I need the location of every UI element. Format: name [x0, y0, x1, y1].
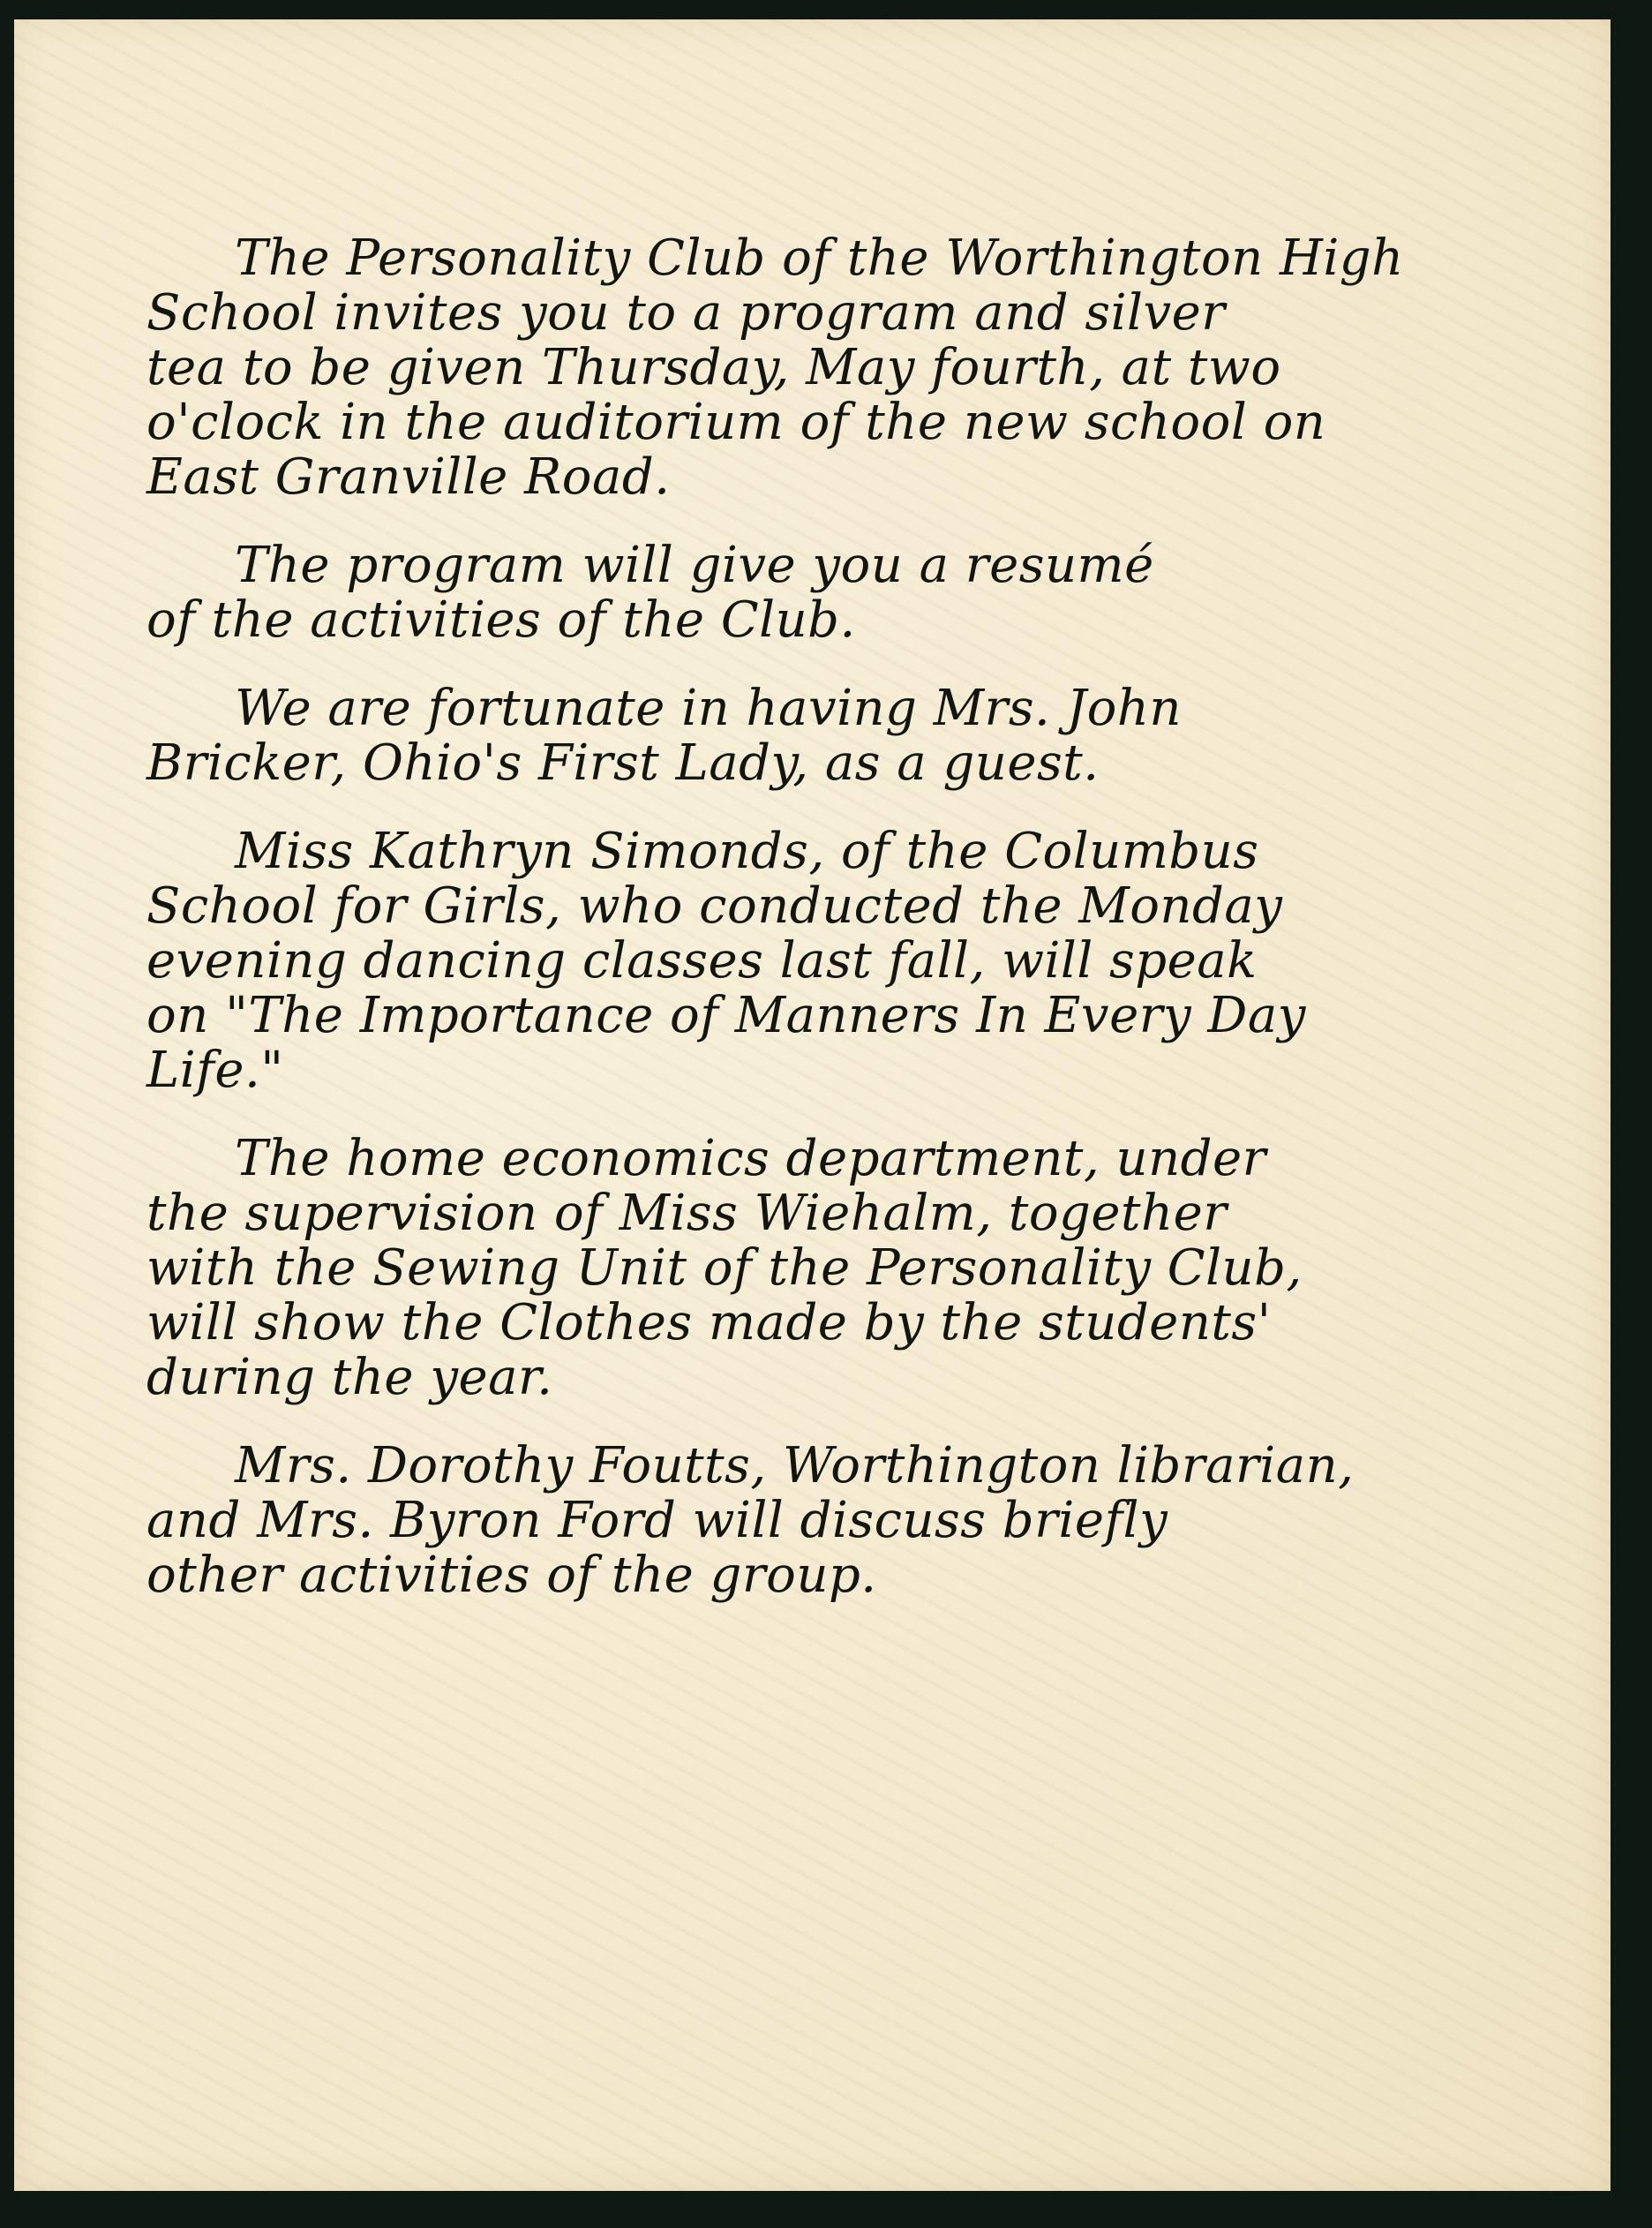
paper-sheet: The Personality Club of the Worthington …: [14, 19, 1611, 2191]
text-line: during the year.: [146, 1351, 1523, 1405]
text-line: tea to be given Thursday, May fourth, at…: [146, 341, 1523, 395]
paragraph-home-economics: The home economics department, under the…: [146, 1132, 1523, 1405]
text-line: with the Sewing Unit of the Personality …: [146, 1241, 1523, 1296]
text-line: School invites you to a program and silv…: [146, 286, 1523, 341]
text-line: will show the Clothes made by the studen…: [146, 1296, 1523, 1351]
paragraph-other-activities: Mrs. Dorothy Foutts, Worthington librari…: [146, 1439, 1523, 1603]
paragraph-program: The program will give you a resumé of th…: [146, 538, 1523, 648]
text-line: Life.": [146, 1043, 1523, 1098]
text-line: o'clock in the auditorium of the new sch…: [146, 395, 1523, 450]
paragraph-guest: We are fortunate in having Mrs. John Bri…: [146, 681, 1523, 791]
paragraph-invitation: The Personality Club of the Worthington …: [146, 231, 1523, 505]
text-line: other activities of the group.: [146, 1548, 1523, 1603]
text-line: The program will give you a resumé: [146, 538, 1523, 593]
text-line: Mrs. Dorothy Foutts, Worthington librari…: [146, 1439, 1523, 1494]
text-line: Miss Kathryn Simonds, of the Columbus: [146, 824, 1523, 879]
text-line: We are fortunate in having Mrs. John: [146, 681, 1523, 736]
text-line: School for Girls, who conducted the Mond…: [146, 879, 1523, 934]
text-line: The home economics department, under: [146, 1132, 1523, 1186]
handwritten-invitation-text: The Personality Club of the Worthington …: [146, 231, 1523, 1637]
text-line: and Mrs. Byron Ford will discuss briefly: [146, 1494, 1523, 1548]
paragraph-speaker: Miss Kathryn Simonds, of the Columbus Sc…: [146, 824, 1523, 1098]
text-line: the supervision of Miss Wiehalm, togethe…: [146, 1186, 1523, 1241]
text-line: of the activities of the Club.: [146, 593, 1523, 648]
text-line: on "The Importance of Manners In Every D…: [146, 989, 1523, 1043]
text-line: evening dancing classes last fall, will …: [146, 934, 1523, 989]
text-line: Bricker, Ohio's First Lady, as a guest.: [146, 736, 1523, 791]
text-line: The Personality Club of the Worthington …: [146, 231, 1523, 286]
text-line: East Granville Road.: [146, 450, 1523, 505]
